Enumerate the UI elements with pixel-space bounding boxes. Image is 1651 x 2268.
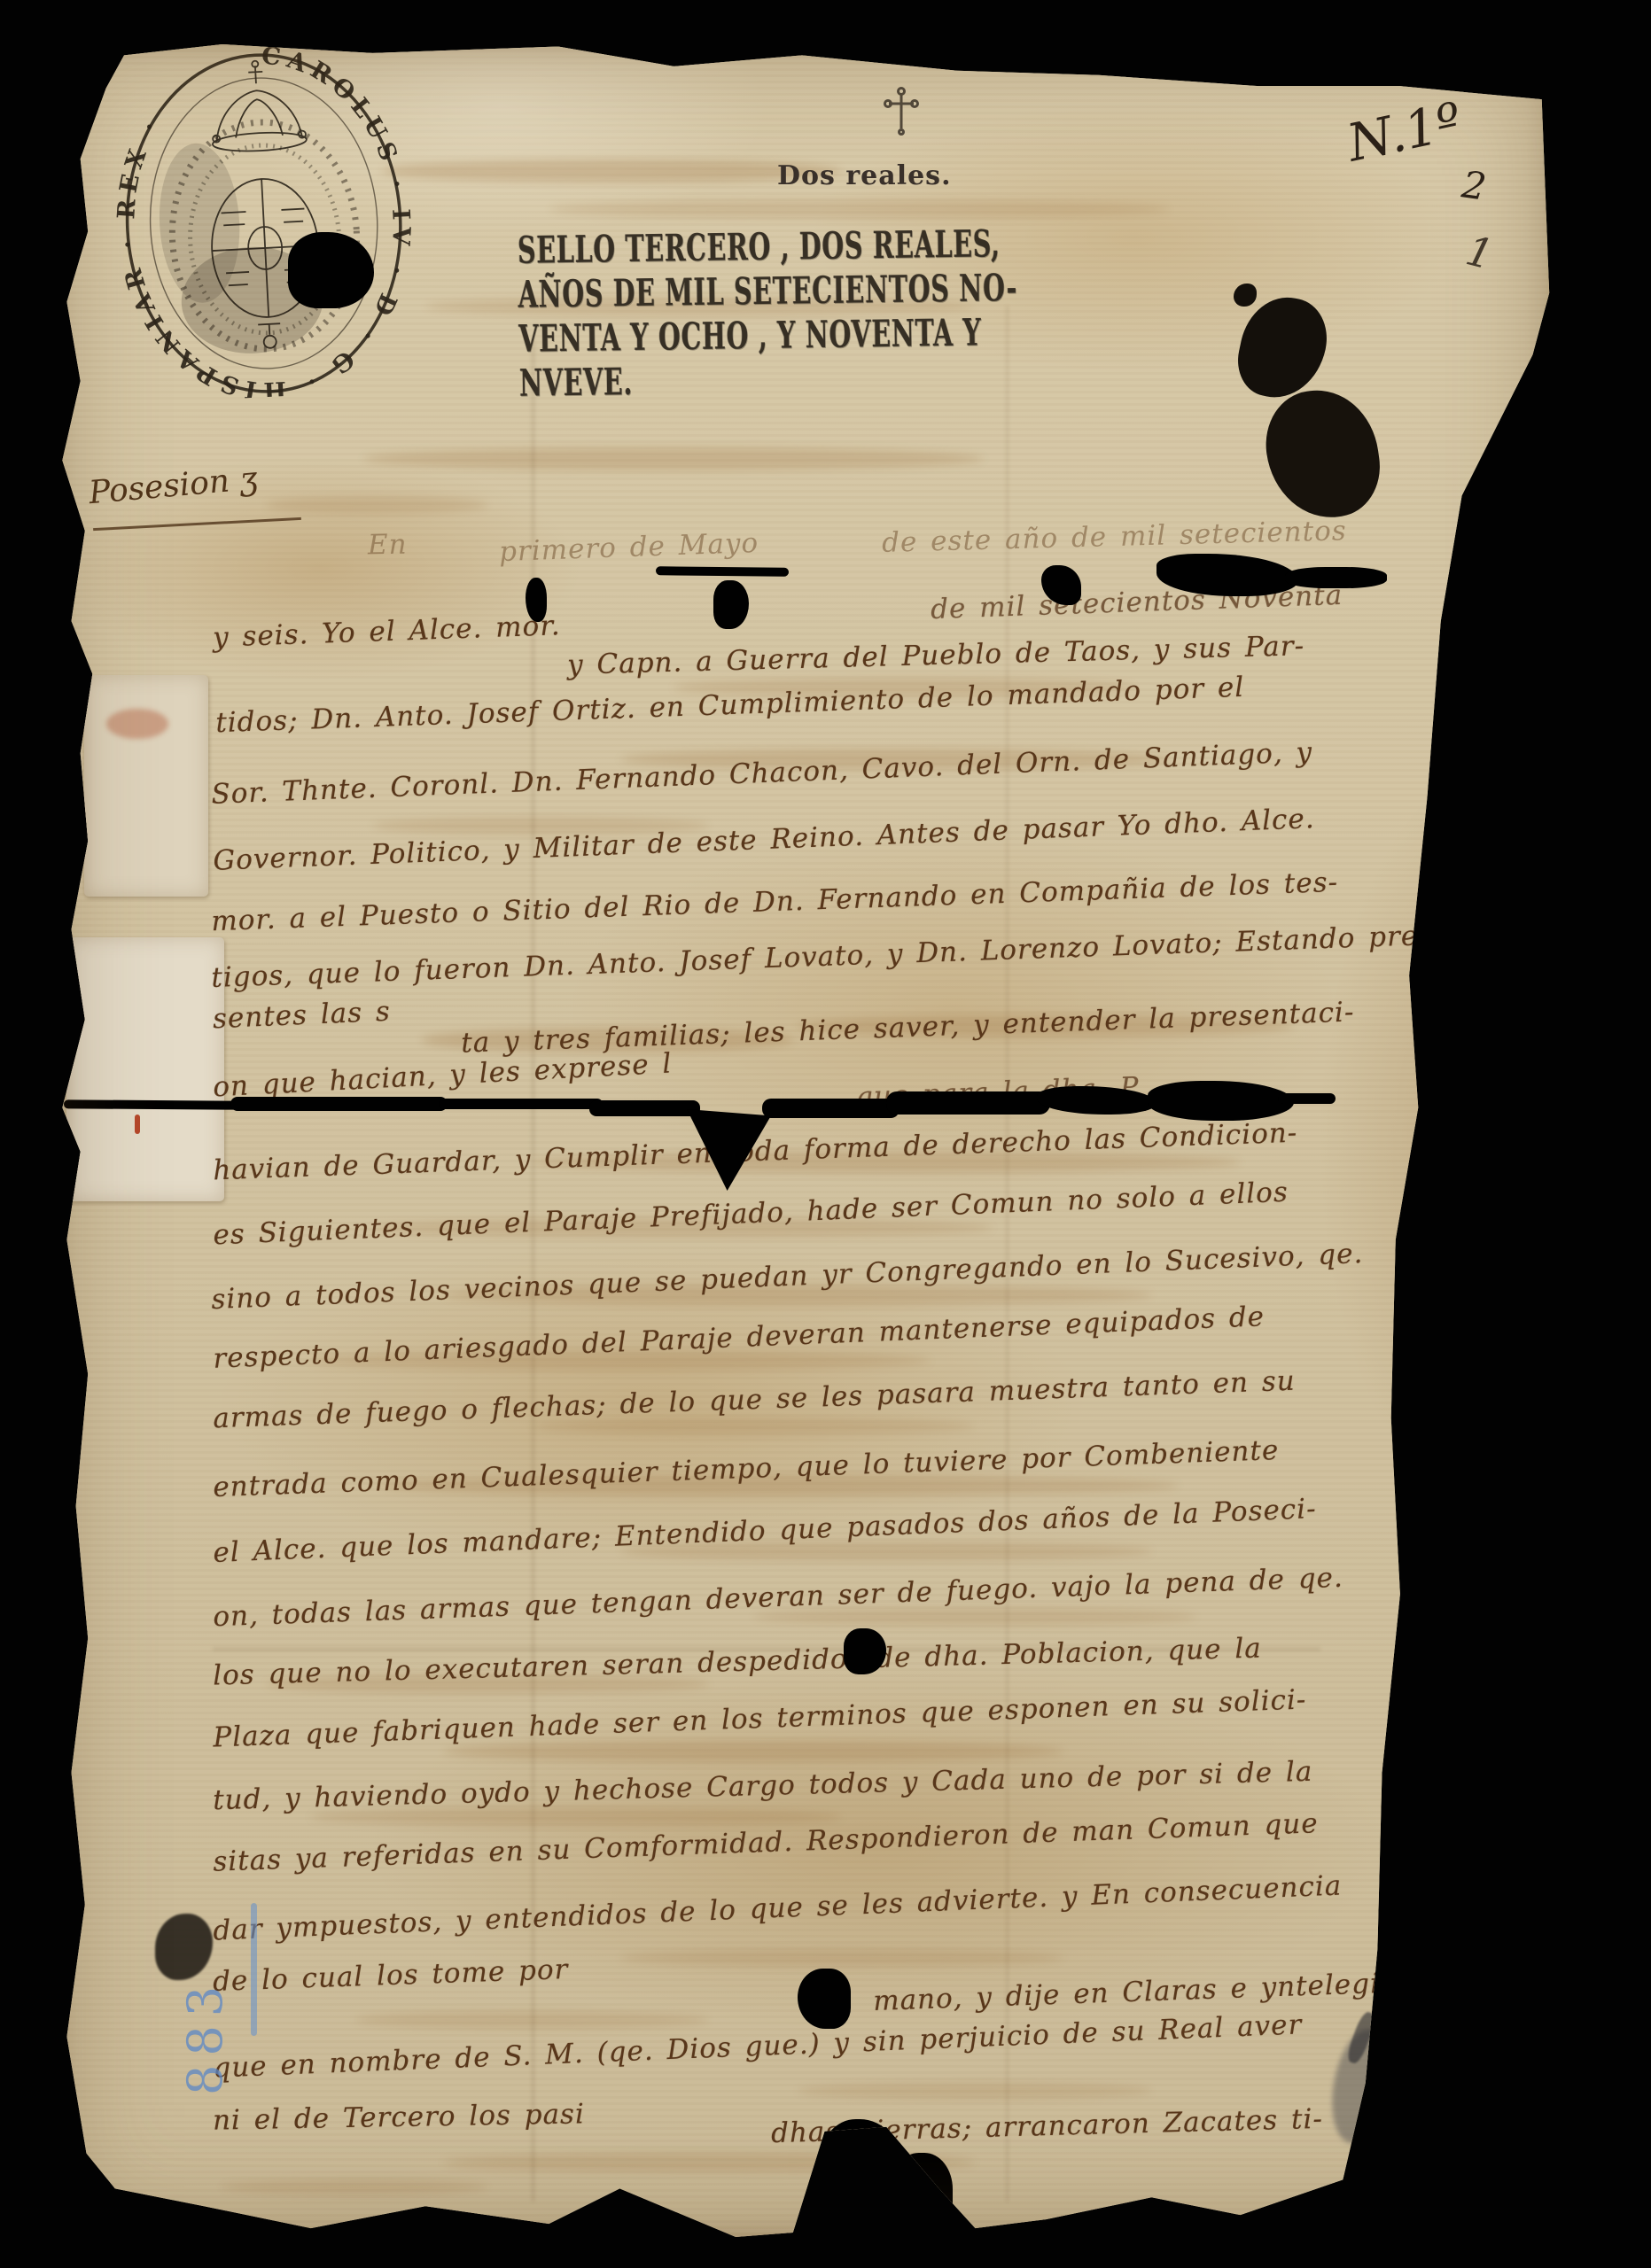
paper-sheet: CAROLUS · IV · D · G · HISPANIAR · REX · [49,40,1555,2241]
bleedthrough-streak [443,2153,975,2172]
repair-patch [66,937,224,1201]
ink-blot [1259,383,1387,525]
paper-hole [798,1969,851,2029]
paper-tear [886,1091,1050,1115]
manuscript-line: on que hacian, y les exprese l [212,1047,673,1103]
red-ink-smudge [106,709,168,739]
dark-smudge [155,1914,213,1980]
bleedthrough-streak [266,496,487,514]
tax-stamp-heading-line: SELLO TERCERO , DOS REALES, [518,221,1017,273]
manuscript-line: En [368,529,408,562]
bleedthrough-streak [443,1741,1063,1762]
paper-hole [526,578,547,622]
margin-note-posesion: Posesion ʒ [88,461,260,511]
tally-mark-annotation: 1 [1461,226,1498,278]
bleedthrough-streak [363,447,984,470]
paper-tear [762,1099,899,1118]
paper-tear [1148,1081,1294,1121]
bleedthrough-streak [381,159,842,183]
paper-tear [230,1097,448,1111]
manuscript-line: Sor. Thnte. Coronl. Dn. Fernando Chacon,… [211,736,1313,811]
manuscript-line: de este año de mil setecientos [882,515,1347,559]
manuscript-line: mano, y dije en Claras e yntelegibles vo… [873,1962,1535,2017]
manuscript-line: los que no lo executaren seran despedido… [213,1633,1262,1692]
repair-patch [84,675,208,897]
paper-tear [656,566,789,577]
royal-seal-stamp: CAROLUS · IV · D · G · HISPANIAR · REX · [106,35,421,405]
folio-number-annotation: N.1º [1342,90,1467,173]
manuscript-line: y seis. Yo el Alce. mor. [212,610,561,654]
manuscript-line: primero de Mayo [498,527,759,568]
paper-tear [589,1100,700,1116]
paper-tear [1285,567,1387,588]
paper-tear [64,1099,241,1109]
burn-hole [288,232,374,308]
manuscript-line: dar ympuestos, y entendidos de lo que se… [213,1869,1343,1946]
red-thread-mark [135,1115,140,1134]
bleedthrough-streak [549,199,1170,219]
bleedthrough-streak [620,1949,1063,1967]
manuscript-line: ta y tres familias; les hice saver, y en… [461,996,1355,1059]
gray-ink-streak [1344,2010,1377,2066]
manuscript-line: ni el de Tercero los pasi [213,2098,585,2136]
blue-pencil-line [251,1903,257,2036]
paper-hole [891,2153,953,2233]
tax-stamp-heading-line: AÑOS DE MIL SETECIENTOS NO- [518,266,1017,317]
ornament-cross-icon [880,86,923,136]
manuscript-line: de lo cual los tome por [212,1953,568,1998]
manuscript-line: on, todas las armas que tengan deveran s… [213,1562,1344,1634]
manuscript-line: es Siguientes. que el Paraje Prefijado, … [213,1177,1289,1252]
photograph-of-manuscript: CAROLUS · IV · D · G · HISPANIAR · REX · [0,0,1651,2268]
bleedthrough-streak [222,2179,487,2195]
manuscript-line: sentes las s [212,996,391,1036]
manuscript-line: tud, y haviendo oydo y hechose Cargo tod… [213,1756,1313,1816]
manuscript-line: Governor. Politico, y Militar de este Re… [213,803,1315,877]
tax-stamp-heading-line: NVEVE. [519,354,1019,406]
paper-tear [439,1099,603,1109]
margin-note-underline [93,517,301,531]
bleedthrough-streak [798,2082,1152,2100]
tax-stamp-heading-line: VENTA Y OCHO , Y NOVENTA Y [518,310,1018,361]
manuscript-line: mor. a el Puesto o Sitio del Rio de Dn. … [211,866,1339,937]
page-mark-annotation: 2 [1460,162,1489,208]
paper-hole [713,580,749,629]
archive-number-blue: 883 [177,1977,233,2095]
paper-hole [820,2119,904,2217]
paper-tear [1278,1093,1336,1104]
ink-blot [1234,283,1257,307]
tax-denomination: Dos reales. [777,160,952,191]
tax-stamp-heading: SELLO TERCERO , DOS REALES, AÑOS DE MIL … [518,218,1254,406]
